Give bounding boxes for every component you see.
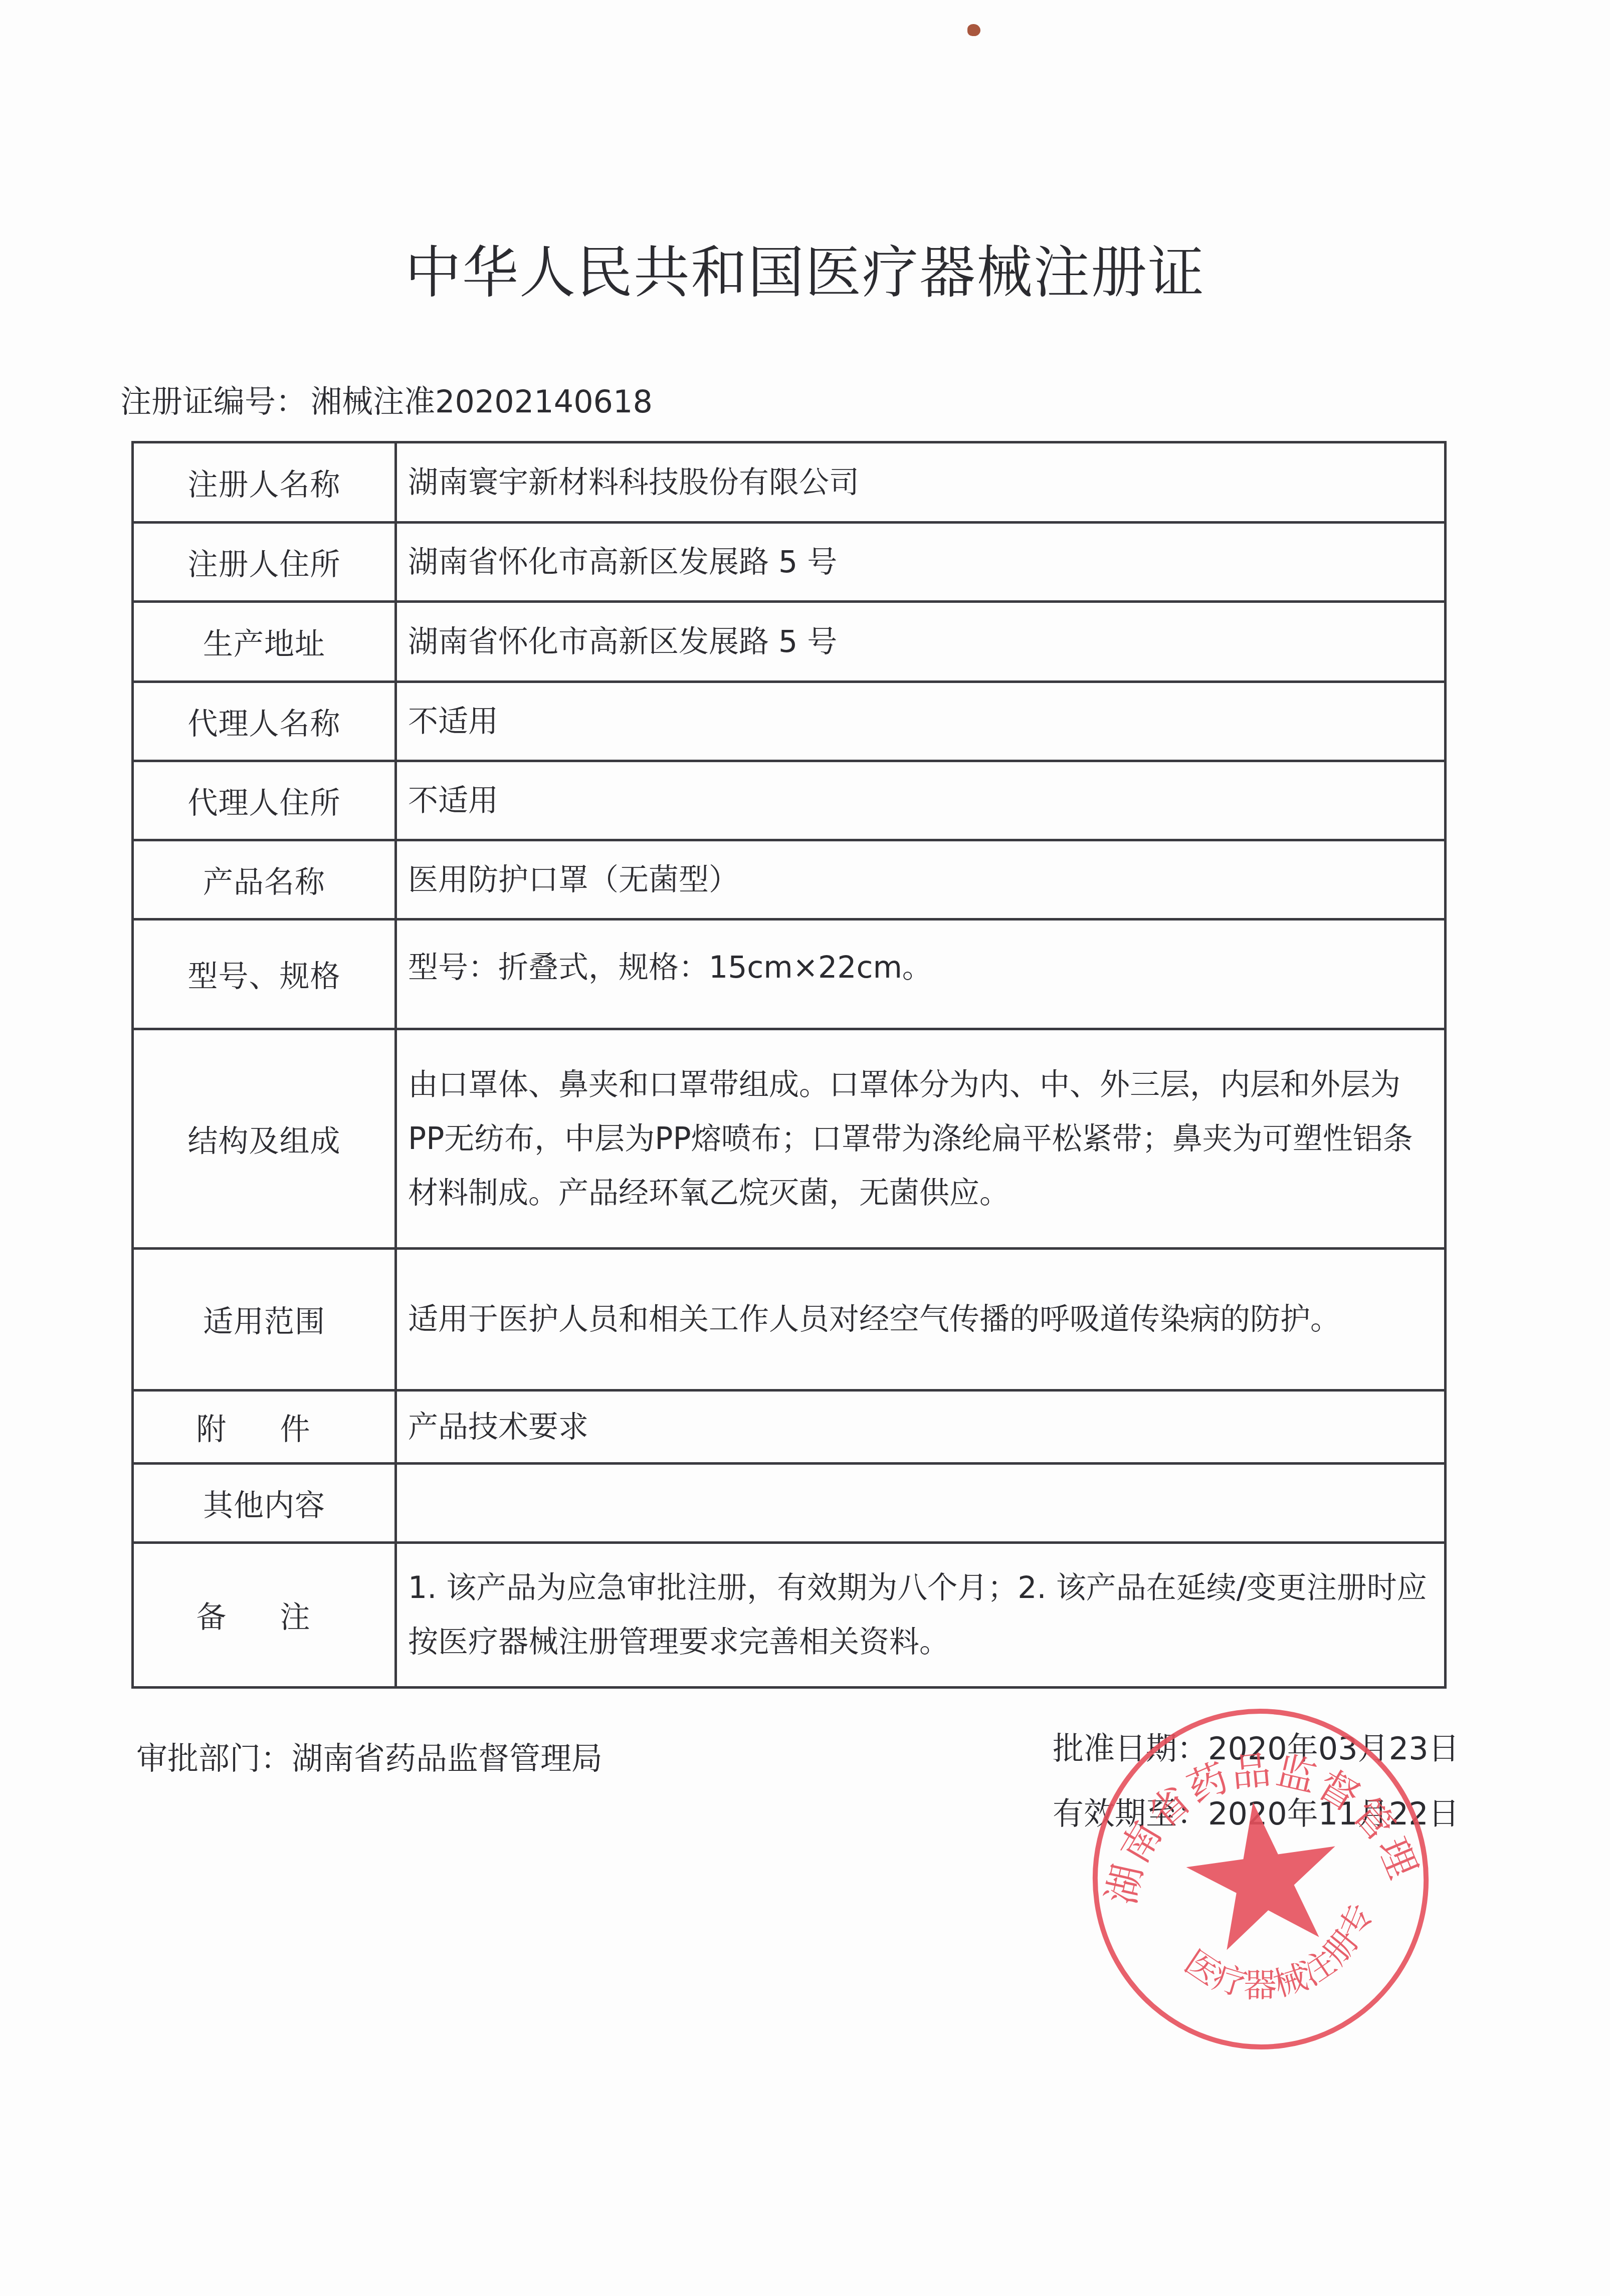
- remarks-label: 备 注: [196, 1600, 332, 1635]
- registration-number-value: 湘械注准20202140618: [311, 383, 653, 420]
- row-label: 其他内容: [133, 1464, 396, 1543]
- row-value: 产品技术要求: [396, 1391, 1446, 1464]
- row-label: 适用范围: [133, 1249, 396, 1391]
- row-value: 不适用: [396, 761, 1446, 840]
- registration-number-label: 注册证编号：: [120, 383, 307, 420]
- table-row: 备 注 1. 该产品为应急审批注册，有效期为八个月；2. 该产品在延续/变更注册…: [133, 1543, 1446, 1688]
- row-value: 医用防护口罩（无菌型）: [396, 840, 1446, 920]
- table-row: 注册人住所 湖南省怀化市高新区发展路 5 号: [133, 523, 1446, 602]
- row-label: 产品名称: [133, 840, 396, 920]
- row-label: 注册人名称: [133, 442, 396, 523]
- row-label: 代理人名称: [133, 682, 396, 761]
- row-label: 备 注: [133, 1543, 396, 1688]
- row-label: 结构及组成: [133, 1029, 396, 1249]
- table-row: 型号、规格 型号：折叠式，规格：15cm×22cm。: [133, 920, 1446, 1029]
- scan-speck: [967, 24, 980, 36]
- row-value: 1. 该产品为应急审批注册，有效期为八个月；2. 该产品在延续/变更注册时应按医…: [396, 1543, 1446, 1688]
- row-label: 附 件: [133, 1391, 396, 1464]
- approval-department: 审批部门：湖南省药品监督管理局: [136, 1734, 602, 1778]
- table-row: 代理人名称 不适用: [133, 682, 1446, 761]
- row-value: [396, 1464, 1446, 1543]
- table-row: 生产地址 湖南省怀化市高新区发展路 5 号: [133, 602, 1446, 682]
- expiry-date-value: 2020年11月22日: [1208, 1795, 1460, 1832]
- approval-date-label: 批准日期：: [1053, 1730, 1208, 1767]
- table-row: 其他内容: [133, 1464, 1446, 1543]
- row-value: 湖南省怀化市高新区发展路 5 号: [396, 602, 1446, 682]
- row-value: 湖南省怀化市高新区发展路 5 号: [396, 523, 1446, 602]
- table-row: 注册人名称 湖南寰宇新材料科技股份有限公司: [133, 442, 1446, 523]
- certificate-table: 注册人名称 湖南寰宇新材料科技股份有限公司 注册人住所 湖南省怀化市高新区发展路…: [131, 441, 1447, 1689]
- registration-number: 注册证编号：湘械注准20202140618: [120, 377, 653, 421]
- attachment-label: 附 件: [196, 1412, 332, 1447]
- table-row: 代理人住所 不适用: [133, 761, 1446, 840]
- row-label: 注册人住所: [133, 523, 396, 602]
- row-label: 型号、规格: [133, 920, 396, 1029]
- row-label: 生产地址: [133, 602, 396, 682]
- approval-date: 批准日期：2020年03月23日: [1053, 1724, 1460, 1768]
- department-value: 湖南省药品监督管理局: [292, 1740, 602, 1777]
- expiry-date-label: 有效期至：: [1053, 1795, 1208, 1832]
- expiry-date: 有效期至：2020年11月22日: [1053, 1789, 1460, 1833]
- table-row: 结构及组成 由口罩体、鼻夹和口罩带组成。口罩体分为内、中、外三层，内层和外层为P…: [133, 1029, 1446, 1249]
- row-value: 湖南寰宇新材料科技股份有限公司: [396, 442, 1446, 523]
- department-label: 审批部门：: [136, 1740, 292, 1777]
- table-row: 产品名称 医用防护口罩（无菌型）: [133, 840, 1446, 920]
- row-value: 不适用: [396, 682, 1446, 761]
- approval-date-value: 2020年03月23日: [1208, 1730, 1460, 1767]
- table-row: 附 件 产品技术要求: [133, 1391, 1446, 1464]
- row-value: 型号：折叠式，规格：15cm×22cm。: [396, 920, 1446, 1029]
- row-label: 代理人住所: [133, 761, 396, 840]
- document-title: 中华人民共和国医疗器械注册证: [0, 228, 1610, 309]
- row-value: 适用于医护人员和相关工作人员对经空气传播的呼吸道传染病的防护。: [396, 1249, 1446, 1391]
- table-row: 适用范围 适用于医护人员和相关工作人员对经空气传播的呼吸道传染病的防护。: [133, 1249, 1446, 1391]
- row-value: 由口罩体、鼻夹和口罩带组成。口罩体分为内、中、外三层，内层和外层为PP无纺布，中…: [396, 1029, 1446, 1249]
